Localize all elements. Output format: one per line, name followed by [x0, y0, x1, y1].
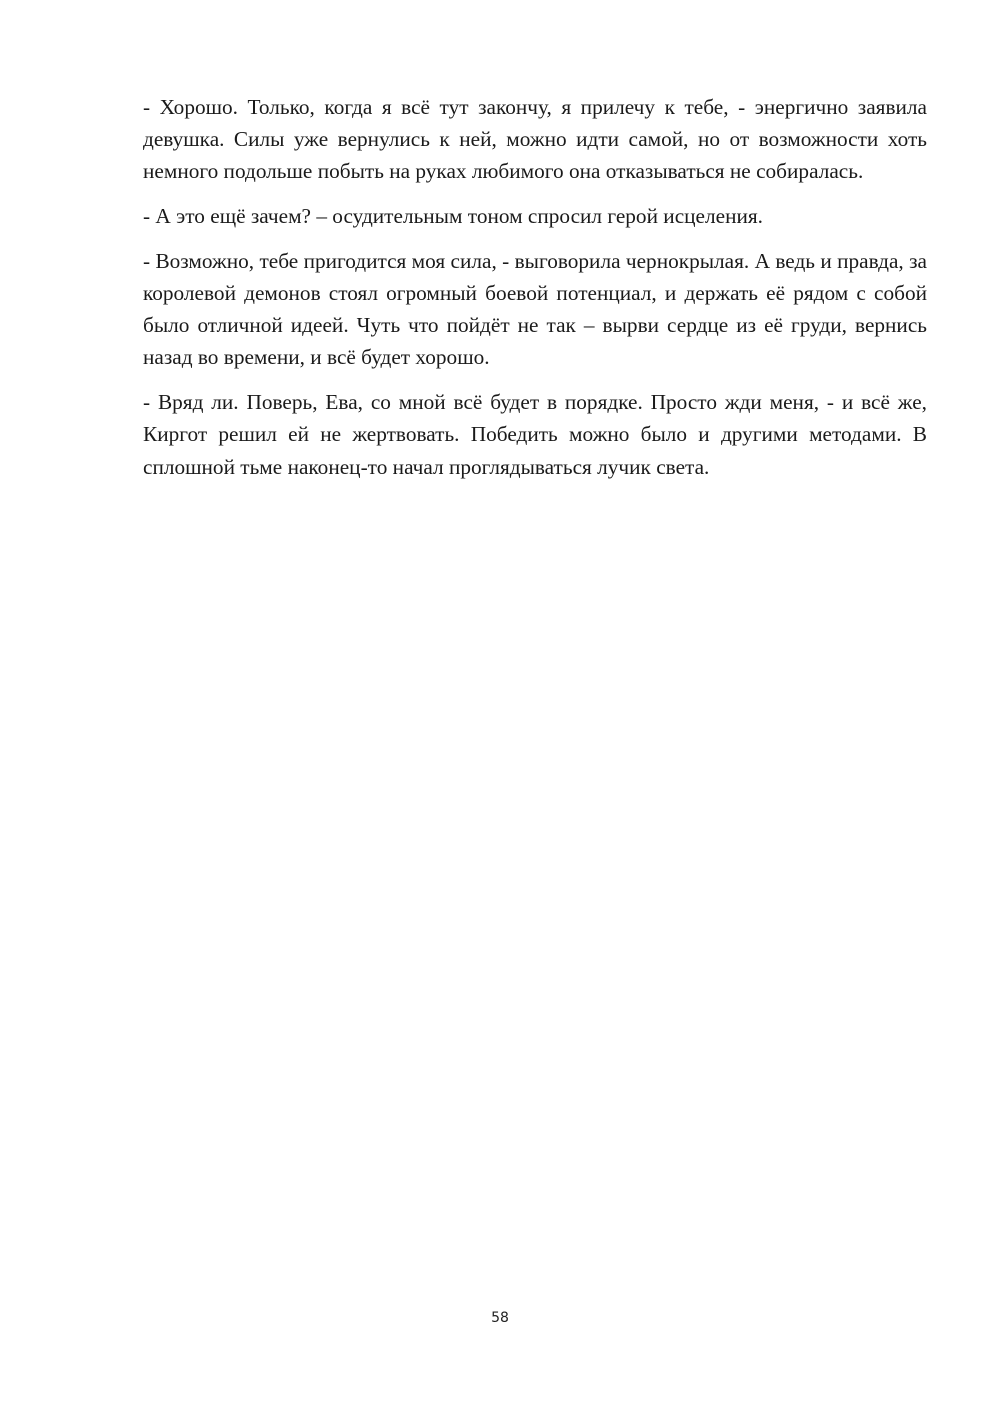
paragraph-2: - А это ещё зачем? – осудительным тоном … [143, 200, 927, 232]
paragraph-1: - Хорошо. Только, когда я всё тут законч… [143, 91, 927, 188]
paragraph-4: - Вряд ли. Поверь, Ева, со мной всё буде… [143, 386, 927, 483]
paragraph-3: - Возможно, тебе пригодится моя сила, - … [143, 245, 927, 374]
document-page: - Хорошо. Только, когда я всё тут законч… [0, 0, 1000, 1414]
page-body-text: - Хорошо. Только, когда я всё тут законч… [143, 91, 927, 495]
page-number: 58 [0, 1310, 1000, 1326]
